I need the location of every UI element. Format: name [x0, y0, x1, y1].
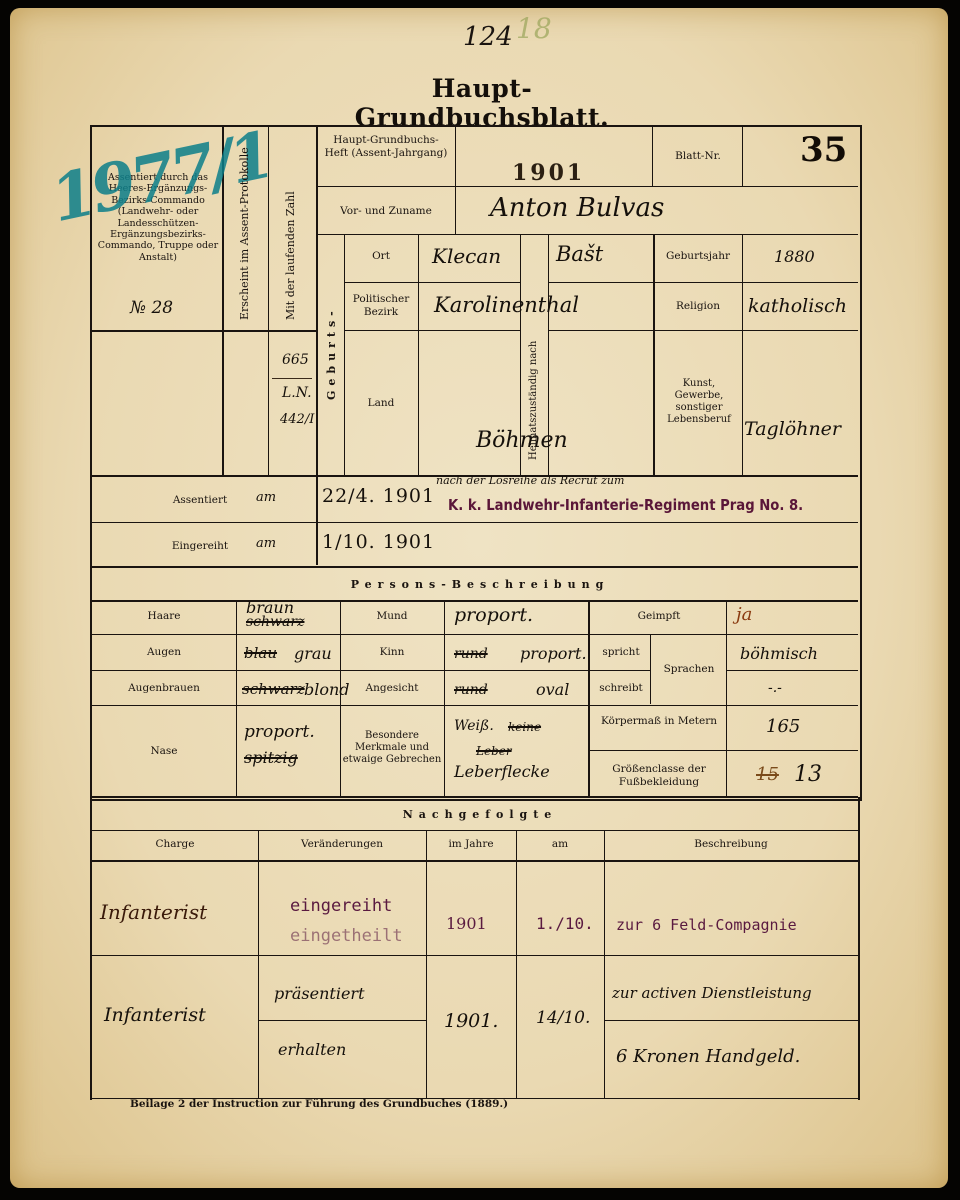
grid-line: [653, 234, 655, 476]
grid-line: [258, 830, 259, 1098]
assentiert-mark: am: [256, 490, 276, 505]
grid-line: [726, 670, 858, 671]
grid-line: [316, 186, 858, 187]
merkmale-value-1: Weiß.: [454, 718, 494, 734]
name-value: Anton Bulvas: [490, 193, 664, 223]
grid-line: [92, 705, 858, 706]
augenbrauen-label: Augenbrauen: [92, 682, 236, 695]
row1-veraenderung-2: eingetheilt: [290, 926, 403, 946]
grid-line: [604, 830, 605, 1098]
religion-label: Religion: [656, 300, 740, 313]
grid-line: [344, 282, 520, 283]
kinn-struck: rund: [454, 646, 488, 662]
laufende-zahl-label: Mit der laufenden Zahl: [284, 150, 297, 320]
grid-line: [344, 234, 345, 476]
blatt-value: 35: [800, 130, 847, 170]
kinn-value: proport.: [520, 644, 587, 663]
geburtsjahr-value: 1880: [774, 247, 815, 266]
kinn-label: Kinn: [340, 646, 444, 659]
angesicht-label: Angesicht: [340, 682, 444, 695]
heft-label: Haupt-Grundbuchs-Heft (Assent-Jahrgang): [322, 134, 450, 159]
merkmale-label: Besondere Merkmale und etwaige Gebrechen: [342, 730, 442, 766]
frame-line: [858, 797, 860, 1100]
grid-line: [455, 125, 456, 235]
augen-label: Augen: [92, 646, 236, 659]
assentiert-durch-value: № 28: [130, 298, 173, 318]
grid-line: [548, 330, 858, 331]
grid-line: [92, 330, 316, 332]
row1-beschreibung: zur 6 Feld-Compagnie: [616, 916, 797, 934]
laufende-value-3: 442/I: [280, 412, 314, 427]
footer-note: Beilage 2 der Instruction zur Führung de…: [130, 1098, 508, 1110]
grid-line: [92, 860, 858, 862]
page-number-alt: 18: [516, 12, 552, 45]
heft-value: 1901: [512, 160, 585, 186]
row2-beschreibung-2: 6 Kronen Handgeld.: [616, 1046, 800, 1067]
grid-line: [590, 670, 650, 671]
grid-line: [418, 234, 419, 476]
grid-line: [92, 522, 858, 523]
row1-jahr: 1901: [446, 914, 487, 933]
col-beschreibung: Beschreibung: [604, 838, 858, 851]
nase-struck: spitzig: [244, 748, 298, 767]
sprachen-label: Sprachen: [652, 663, 726, 676]
grid-line: [650, 634, 651, 704]
assentiert-note: nach der Losreihe als Recrut zum: [436, 474, 624, 487]
row2-charge: Infanterist: [104, 1004, 206, 1026]
eingereiht-label: Eingereiht: [160, 540, 240, 553]
grid-line: [236, 600, 237, 797]
row1-am: 1./10.: [536, 914, 594, 933]
grid-line: [742, 234, 743, 476]
merkmale-struck-1: keine: [508, 720, 541, 734]
assentiert-date: 22/4. 1901: [322, 485, 435, 507]
row2-am: 14/10.: [536, 1008, 590, 1028]
grid-line: [588, 600, 590, 797]
laufende-value-2: L.N.: [282, 385, 312, 401]
name-label: Vor- und Zuname: [322, 205, 450, 218]
grid-line: [92, 830, 858, 831]
nachgefolgte-title: Nachgefolgte: [380, 808, 580, 821]
bezirk-label: Politischer Bezirk: [346, 293, 416, 318]
haare-label: Haare: [92, 610, 236, 623]
angesicht-value: oval: [536, 680, 569, 699]
grid-line: [548, 282, 858, 283]
laufende-value-1: 665: [282, 352, 309, 368]
persons-beschreibung-title: Persons-Beschreibung: [300, 578, 660, 591]
col-jahr: im Jahre: [426, 838, 516, 851]
schreibt-label: schreibt: [592, 682, 650, 695]
grid-line: [92, 600, 858, 602]
blatt-label: Blatt-Nr.: [656, 150, 740, 163]
grid-line: [604, 1020, 858, 1021]
heimat-value: Bašt: [556, 242, 603, 266]
mund-label: Mund: [340, 610, 444, 623]
land-value: Böhmen: [476, 428, 568, 453]
koerpermass-value: 165: [766, 716, 800, 737]
grid-line: [92, 670, 588, 671]
religion-value: katholisch: [748, 295, 847, 317]
grid-line: [92, 955, 858, 956]
nase-value: proport.: [244, 722, 315, 742]
spricht-value: böhmisch: [740, 644, 818, 663]
merkmale-struck-2: Leber: [476, 744, 512, 758]
nase-label: Nase: [92, 745, 236, 758]
row2-veraenderung-1: präsentiert: [274, 984, 365, 1003]
col-veraenderungen: Veränderungen: [258, 838, 426, 851]
mund-value: proport.: [454, 604, 533, 626]
augen-struck: blau: [244, 644, 277, 662]
grid-line: [426, 830, 427, 1098]
ort-value: Klecan: [432, 244, 501, 268]
land-label: Land: [346, 397, 416, 410]
eingereiht-date: 1/10. 1901: [322, 531, 435, 553]
grid-line: [92, 634, 858, 635]
angesicht-struck: rund: [454, 682, 488, 698]
spricht-label: spricht: [592, 646, 650, 659]
grid-line: [742, 125, 743, 187]
assentiert-label: Assentiert: [160, 494, 240, 507]
grid-line: [272, 378, 312, 379]
grid-line: [258, 1020, 426, 1021]
row2-beschreibung-1: zur activen Dienstleistung: [612, 984, 812, 1002]
regiment-stamp: K. k. Landwehr-Infanterie-Regiment Prag …: [448, 496, 803, 514]
groessenclasse-value: 13: [794, 762, 822, 787]
grid-line: [726, 600, 727, 797]
koerpermass-label: Körpermaß in Metern: [592, 715, 726, 728]
row1-veraenderung-1: eingereiht: [290, 896, 392, 916]
merkmale-value-2: Leberflecke: [454, 762, 550, 781]
bezirk-value: Karolinenthal: [434, 293, 579, 317]
grid-line: [92, 566, 858, 568]
col-am: am: [516, 838, 604, 851]
ort-label: Ort: [346, 250, 416, 263]
augen-value: grau: [294, 644, 332, 663]
grid-line: [590, 750, 858, 751]
haare-struck: schwarz: [246, 614, 304, 630]
erscheint-label: Erscheint im Assent-Protokolle: [238, 140, 251, 320]
grid-line: [92, 796, 858, 798]
grid-line: [316, 125, 318, 565]
geimpft-label: Geimpft: [592, 610, 726, 623]
grid-line: [316, 234, 858, 235]
schreibt-value: -.-: [768, 680, 782, 696]
row1-charge: Infanterist: [100, 900, 207, 924]
grid-line: [652, 125, 653, 187]
grid-line: [344, 330, 520, 331]
grid-line: [444, 600, 445, 797]
groessenclasse-struck: 15: [756, 764, 779, 785]
geburts-label: Geburts-: [325, 310, 338, 400]
augenbrauen-struck: schwarz: [242, 680, 305, 698]
beruf-value: Taglöhner: [744, 418, 841, 440]
geimpft-value: ja: [736, 604, 752, 625]
page-number: 124: [463, 22, 513, 52]
grid-line: [516, 830, 517, 1098]
row2-jahr: 1901.: [444, 1010, 498, 1032]
eingereiht-mark: am: [256, 536, 276, 551]
groessenclasse-label: Größenclasse der Fußbekleidung: [592, 763, 726, 788]
col-charge: Charge: [92, 838, 258, 851]
geburtsjahr-label: Geburtsjahr: [656, 250, 740, 263]
document-title: Haupt-Grundbuchsblatt.: [322, 74, 642, 132]
row2-veraenderung-2: erhalten: [278, 1040, 346, 1059]
beruf-label: Kunst, Gewerbe, sonstiger Lebensberuf: [660, 378, 738, 426]
